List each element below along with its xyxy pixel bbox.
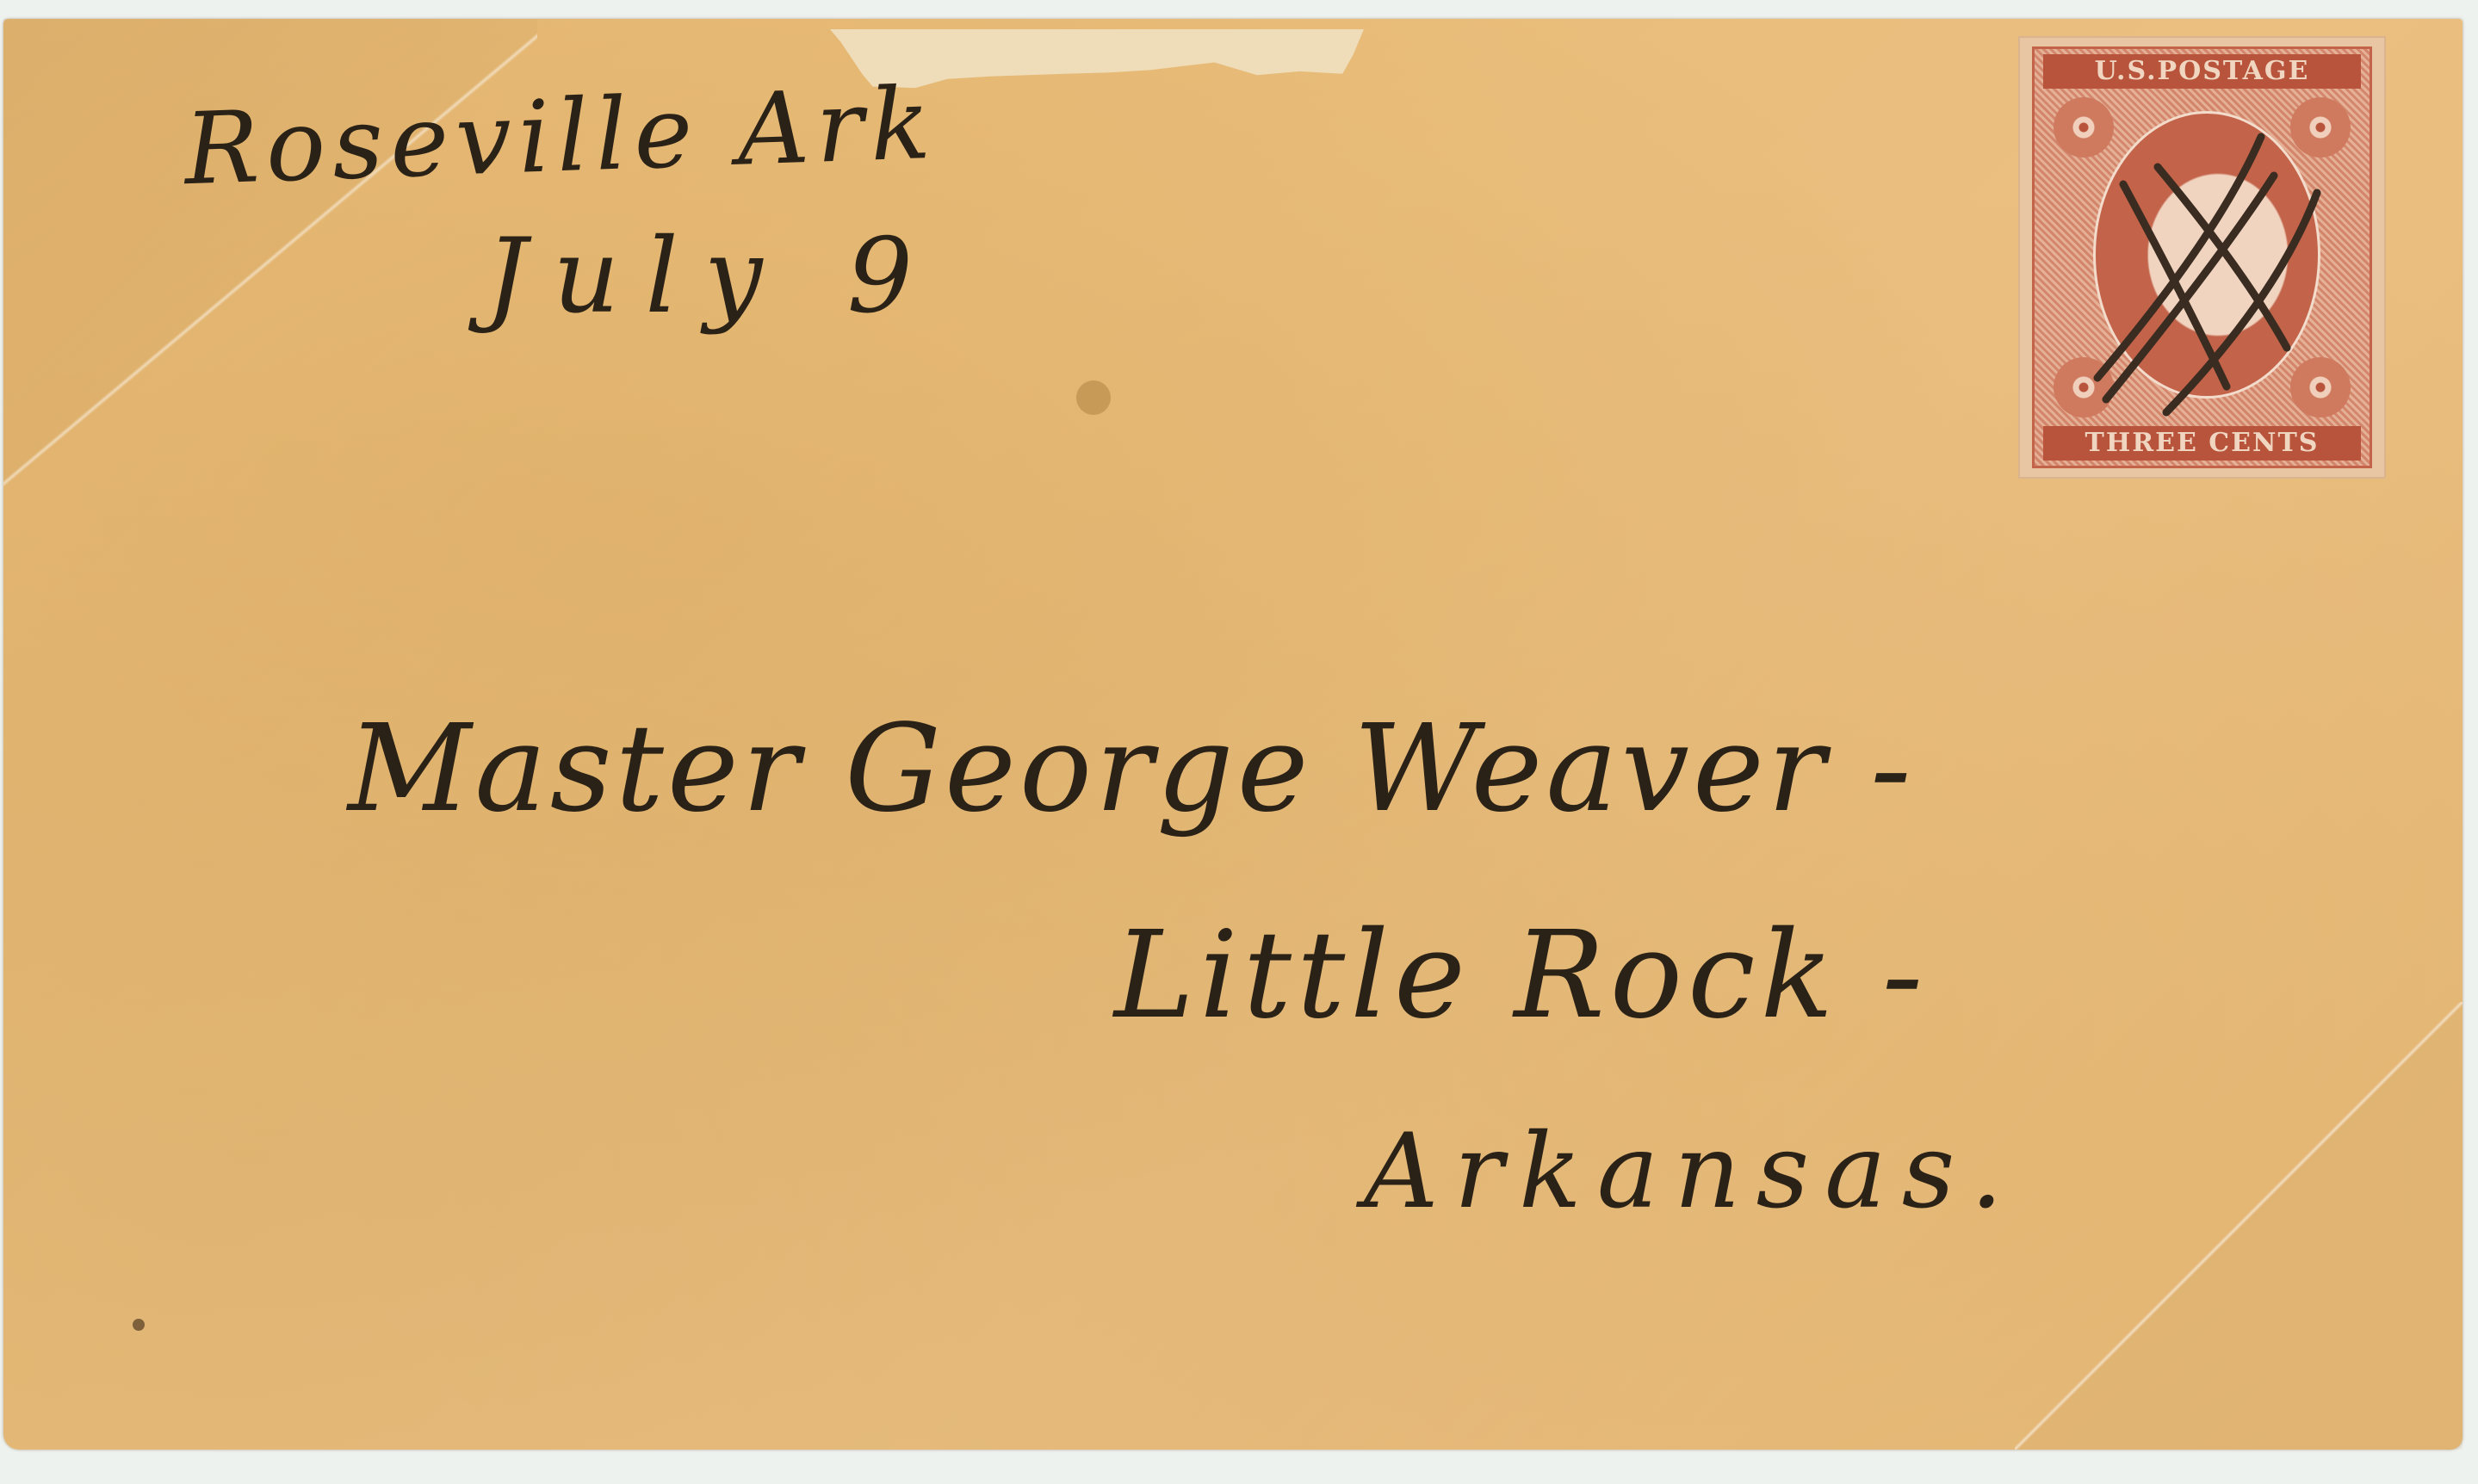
stain-spot [1076, 380, 1111, 415]
postage-stamp: U.S.POSTAGE THREE CENTS [2018, 36, 2386, 479]
postmark-date: July 9 [486, 217, 939, 337]
pen-cross-hatch-icon [2020, 38, 2384, 477]
address-state: Arkansas. [1364, 1112, 2018, 1232]
ink-dot [133, 1319, 145, 1331]
address-recipient: Master George Weaver - [348, 699, 1915, 839]
fold-crease-right [2015, 1002, 2463, 1450]
address-city: Little Rock - [1114, 906, 1928, 1046]
